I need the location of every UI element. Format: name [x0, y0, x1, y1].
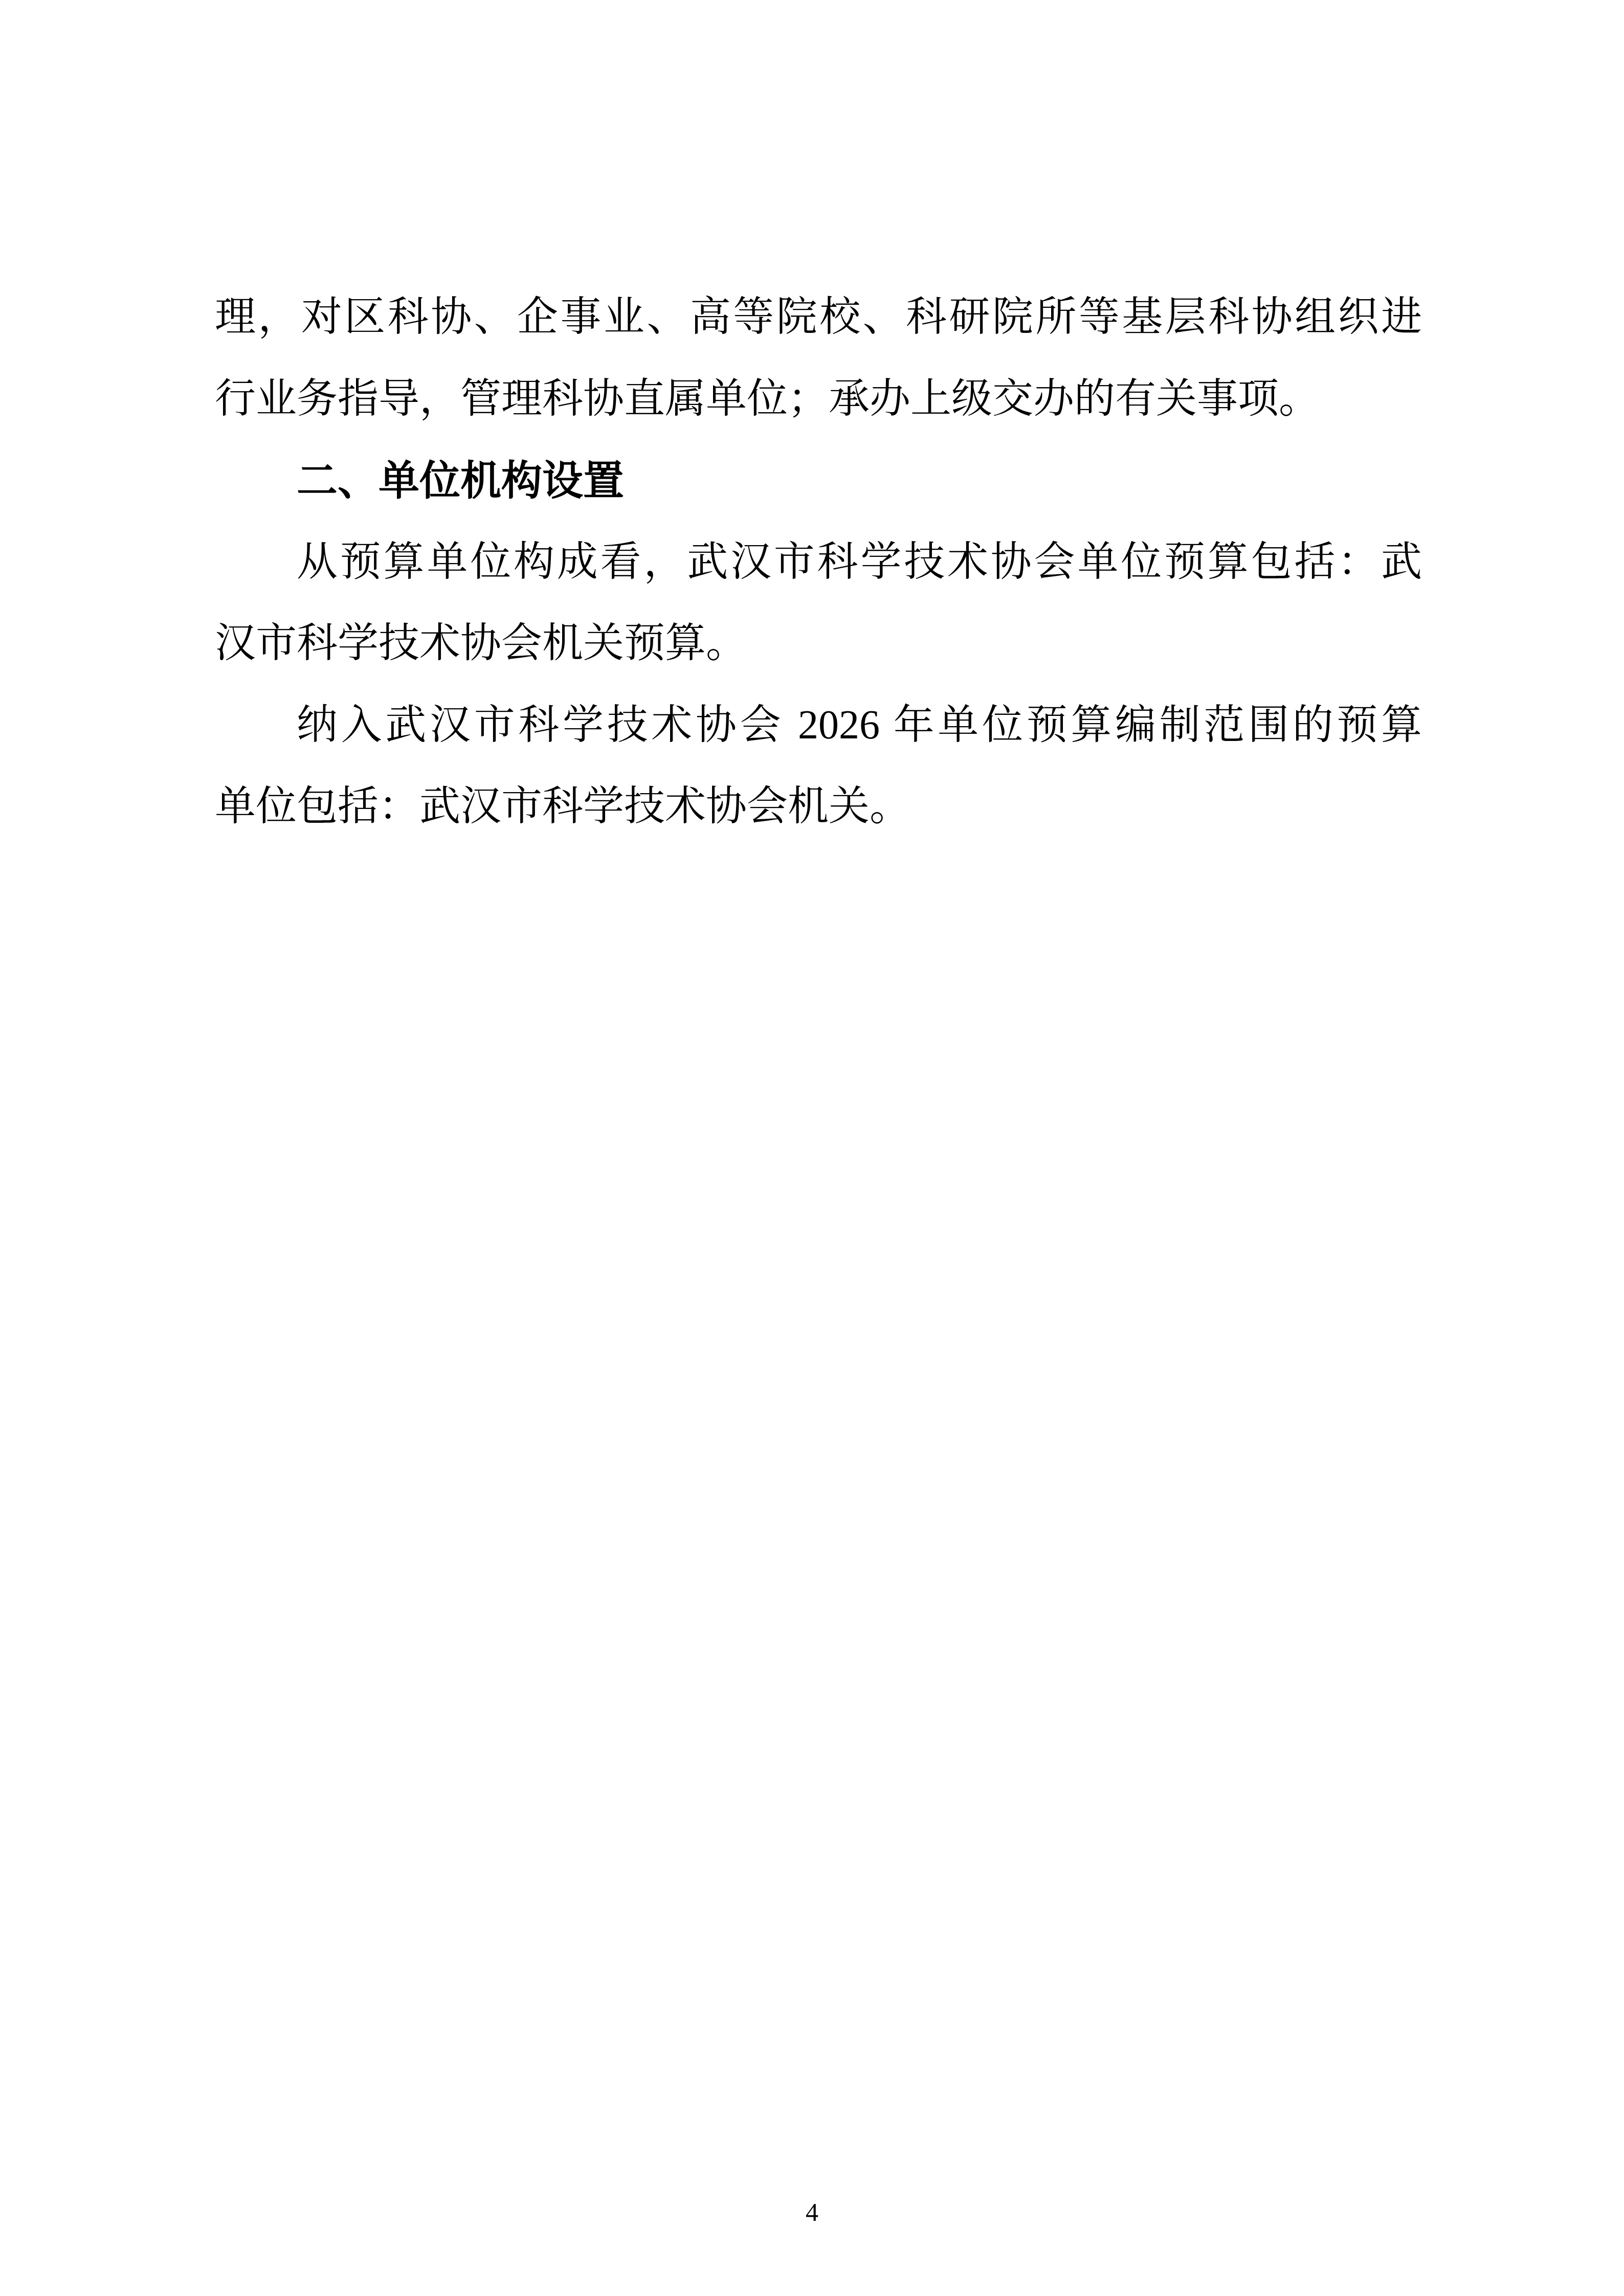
body-line-scope-1: 纳入武汉市科学技术协会 2026 年单位预算编制范围的预算	[215, 685, 1422, 767]
page-footer: 4	[0, 2197, 1624, 2227]
body-text: 理，对区科协、企事业、高等院校、科研院所等基层科协组织进 行业务指导，管理科协直…	[215, 277, 1422, 848]
body-line-duties-2: 行业务指导，管理科协直属单位；承办上级交办的有关事项。	[215, 358, 1422, 440]
document-page: 理，对区科协、企事业、高等院校、科研院所等基层科协组织进 行业务指导，管理科协直…	[0, 0, 1624, 2296]
section-heading: 二、单位机构设置	[215, 440, 1422, 522]
page-number: 4	[806, 2198, 818, 2226]
body-line-composition-1: 从预算单位构成看，武汉市科学技术协会单位预算包括：武	[215, 522, 1422, 603]
body-line-duties-1: 理，对区科协、企事业、高等院校、科研院所等基层科协组织进	[215, 277, 1422, 358]
body-line-composition-2: 汉市科学技术协会机关预算。	[215, 603, 1422, 685]
body-line-scope-2: 单位包括：武汉市科学技术协会机关。	[215, 766, 1422, 848]
